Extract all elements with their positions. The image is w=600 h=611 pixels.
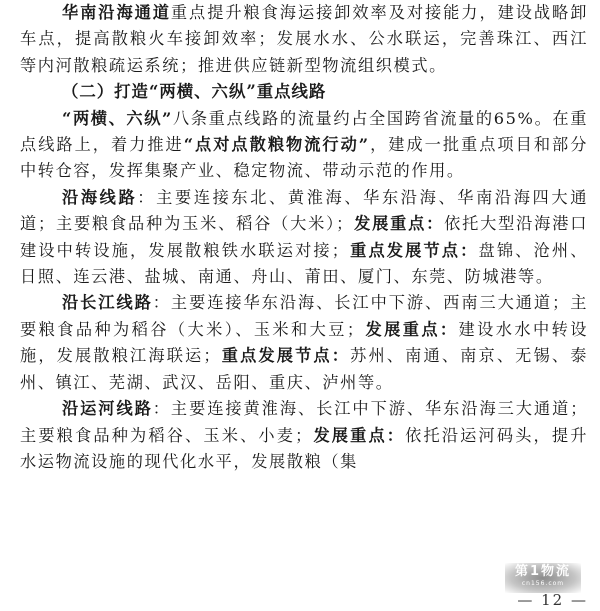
bold-term: 重点发展节点： (350, 241, 479, 260)
paragraph-two-horizontal-six-vertical: “两横、六纵”八条重点线路的流量约占全国跨省流量的65%。在重点线路上，着力推进… (20, 106, 588, 185)
paragraph-yangtze-route: 沿长江线路：主要连接华东沿海、长江中下游、西南三大通道；主要粮食品种为稻谷（大米… (20, 290, 588, 396)
watermark-url-text: cn156.com (505, 580, 581, 588)
watermark-main-text: 第1物流 (505, 563, 581, 580)
bold-term: 发展重点： (313, 426, 405, 445)
document-page: 华南沿海通道重点提升粮食海运接卸效率及对接能力，建设战略卸车点，提高散粮火车接卸… (20, 0, 588, 475)
page-number: — 12 — (517, 591, 588, 609)
bold-term: 发展重点： (365, 320, 459, 339)
bold-term: 发展重点： (354, 214, 444, 233)
paragraph-coastal-route: 沿海线路：主要连接东北、黄淮海、华东沿海、华南沿海四大通道；主要粮食品种为玉米、… (20, 185, 588, 291)
bold-term: “两横、六纵” (62, 109, 173, 128)
bold-term: 沿海线路 (62, 188, 137, 207)
bold-term: 沿长江线路 (62, 293, 153, 312)
bold-term: 重点发展节点： (221, 346, 350, 365)
section-heading: （二）打造“两横、六纵”重点线路 (20, 79, 588, 105)
bold-term: 沿运河线路 (62, 399, 153, 418)
paragraph-canal-route: 沿运河线路：主要连接黄淮海、长江中下游、华东沿海三大通道；主要粮食品种为稻谷、玉… (20, 396, 588, 475)
paragraph-south-china-coastal-channel: 华南沿海通道重点提升粮食海运接卸效率及对接能力，建设战略卸车点，提高散粮火车接卸… (20, 0, 588, 79)
watermark-logo: 第1物流 cn156.com (505, 563, 581, 593)
bold-term: “点对点散粮物流行动” (184, 135, 370, 154)
bold-term: 华南沿海通道 (62, 3, 171, 22)
